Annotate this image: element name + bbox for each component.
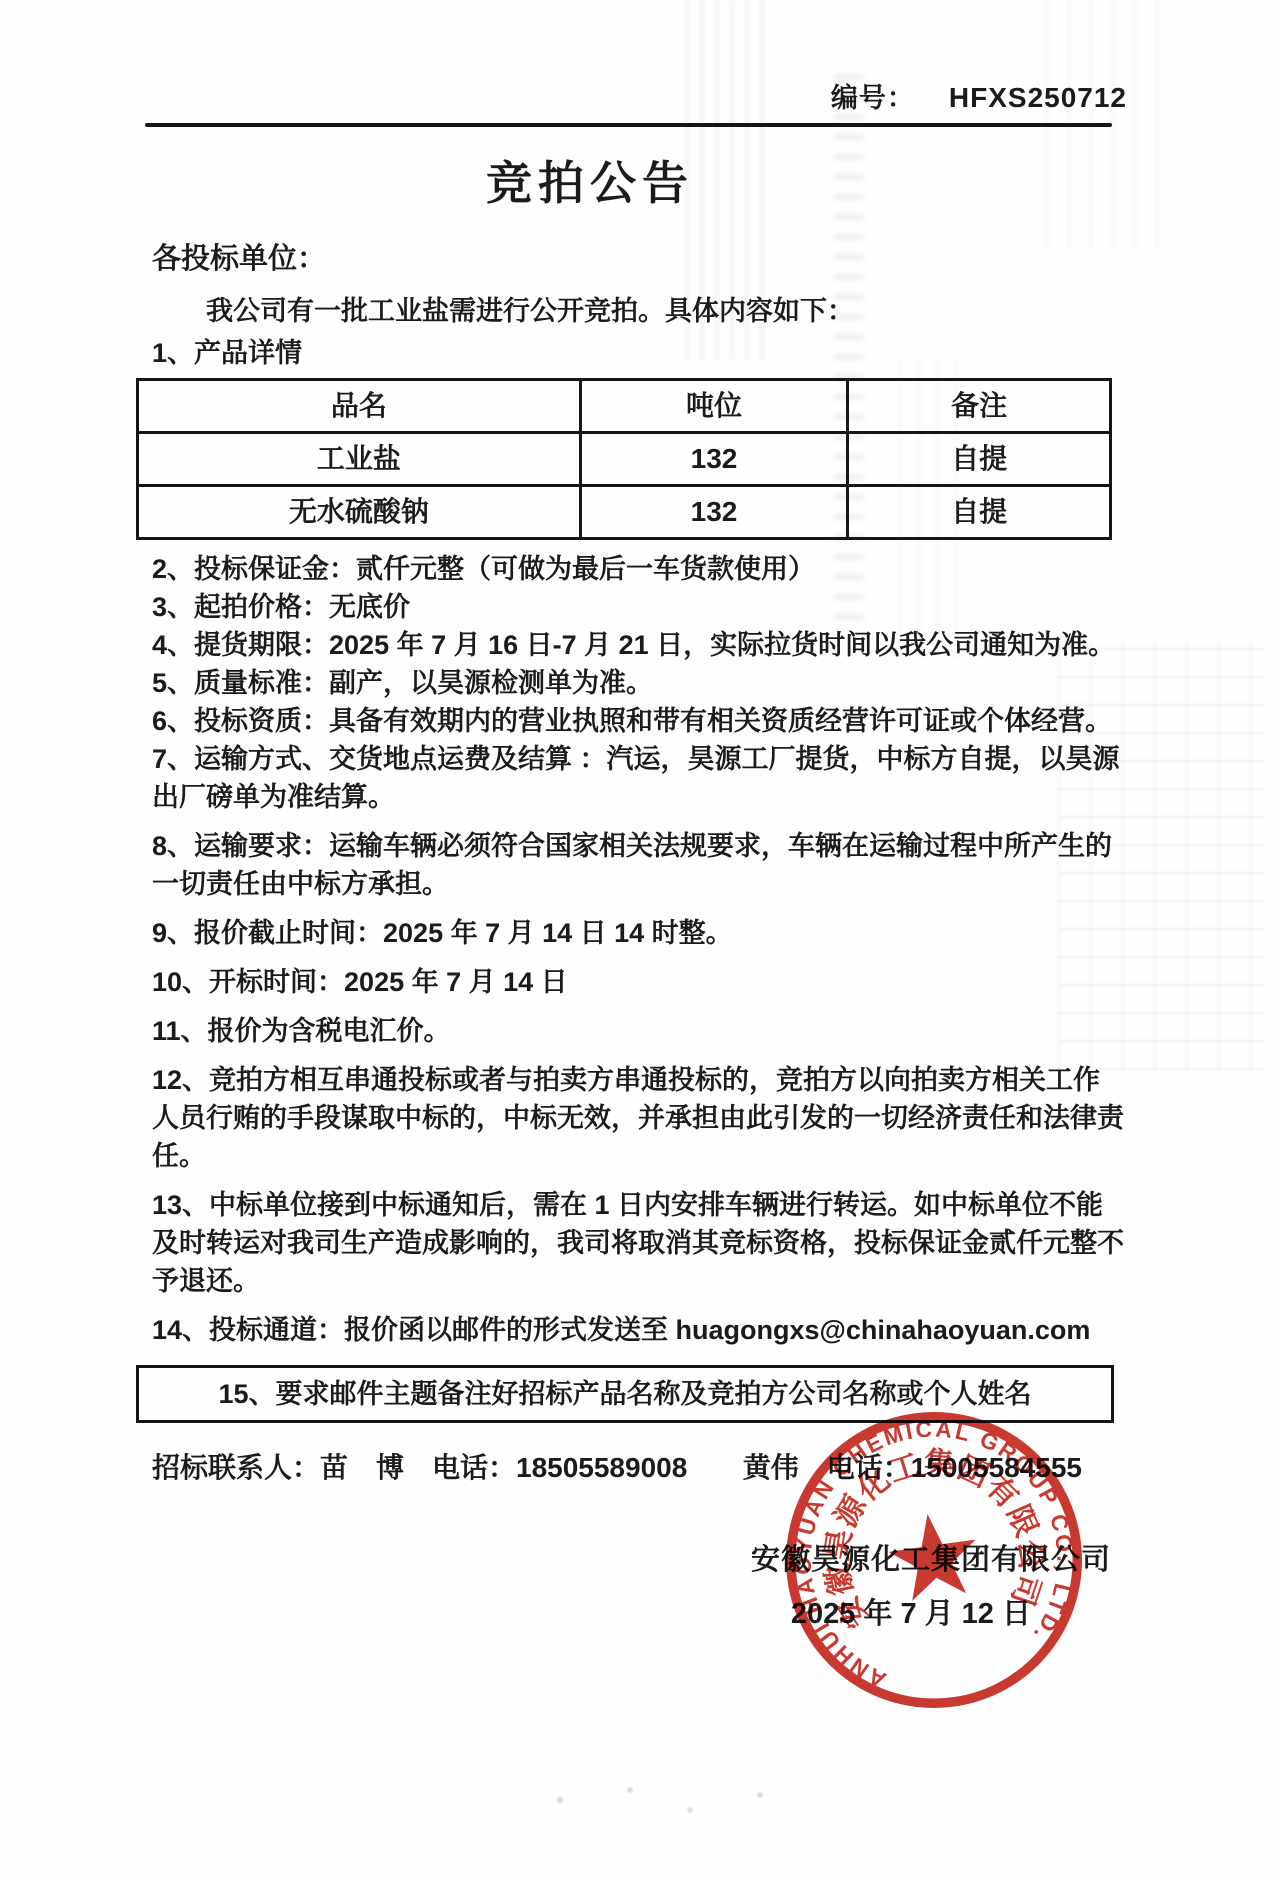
company-seal-stamp: ANHUI HAOYUAN CHEMICAL GROUP CO., LTD. 安… — [756, 1382, 1113, 1739]
product-name: 无水硫酸钠 — [138, 486, 581, 539]
reference-label: 编号： — [831, 83, 915, 113]
product-table: 品名 吨位 备注 工业盐 132 自提 无水硫酸钠 132 自提 — [136, 378, 1112, 540]
page-title: 竞拍公告 — [110, 147, 1070, 213]
term-item-13: 13、中标单位接到中标通知后，需在 1 日内安排车辆进行转运。如中标单位不能及时… — [152, 1186, 1127, 1300]
term-item-2: 2、投标保证金：贰仟元整（可做为最后一车货款使用） — [152, 550, 1127, 588]
term-item-10: 10、开标时间：2025 年 7 月 14 日 — [152, 963, 1127, 1001]
intro-paragraph: 我公司有一批工业盐需进行公开竞拍。具体内容如下： — [152, 292, 1127, 330]
table-row: 无水硫酸钠 132 自提 — [138, 486, 1111, 539]
seal-star-icon — [884, 1508, 983, 1603]
contact-left: 招标联系人：苗 博 电话：18505589008 — [152, 1449, 687, 1487]
terms-list: 2、投标保证金：贰仟元整（可做为最后一车货款使用） 3、起拍价格：无底价 4、提… — [152, 550, 1127, 1349]
scanned-document-page: 编号：HFXS250712 竞拍公告 各投标单位： 我公司有一批工业盐需进行公开… — [0, 0, 1280, 1880]
document-reference: 编号：HFXS250712 — [152, 76, 1127, 115]
term-item-11: 11、报价为含税电汇价。 — [152, 1012, 1127, 1050]
term-item-8: 8、运输要求：运输车辆必须符合国家相关法规要求，车辆在运输过程中所产生的一切责任… — [152, 827, 1127, 903]
term-item-4: 4、提货期限：2025 年 7 月 16 日-7 月 21 日，实际拉货时间以我… — [152, 626, 1127, 664]
section1-label: 1、产品详情 — [152, 334, 1127, 372]
col-header-product: 品名 — [138, 380, 581, 433]
table-row: 工业盐 132 自提 — [138, 433, 1111, 486]
term-item-9: 9、报价截止时间：2025 年 7 月 14 日 14 时整。 — [152, 914, 1127, 952]
col-header-tonnage: 吨位 — [580, 380, 848, 433]
product-remark: 自提 — [848, 433, 1111, 486]
header-divider-line — [145, 123, 1112, 127]
salutation: 各投标单位： — [152, 240, 1127, 278]
term-item-12: 12、竞拍方相互串通投标或者与拍卖方串通投标的，竞拍方以向拍卖方相关工作人员行贿… — [152, 1061, 1127, 1175]
seal-graphic: ANHUI HAOYUAN CHEMICAL GROUP CO., LTD. 安… — [756, 1382, 1113, 1739]
product-remark: 自提 — [848, 486, 1111, 539]
term-item-14: 14、投标通道：报价函以邮件的形式发送至 huagongxs@chinahaoy… — [152, 1311, 1127, 1349]
term-item-5: 5、质量标准：副产，以昊源检测单为准。 — [152, 664, 1127, 702]
scan-artifact — [540, 1760, 820, 1840]
term-item-3: 3、起拍价格：无底价 — [152, 588, 1127, 626]
product-name: 工业盐 — [138, 433, 581, 486]
product-tonnage: 132 — [580, 433, 848, 486]
reference-number: HFXS250712 — [949, 82, 1127, 114]
col-header-remark: 备注 — [848, 380, 1111, 433]
table-header-row: 品名 吨位 备注 — [138, 380, 1111, 433]
term-item-6: 6、投标资质：具备有效期内的营业执照和带有相关资质经营许可证或个体经营。 — [152, 702, 1127, 740]
term-item-7: 7、运输方式、交货地点运费及结算 ：汽运，昊源工厂提货，中标方自提，以昊源出厂磅… — [152, 740, 1127, 816]
product-tonnage: 132 — [580, 486, 848, 539]
